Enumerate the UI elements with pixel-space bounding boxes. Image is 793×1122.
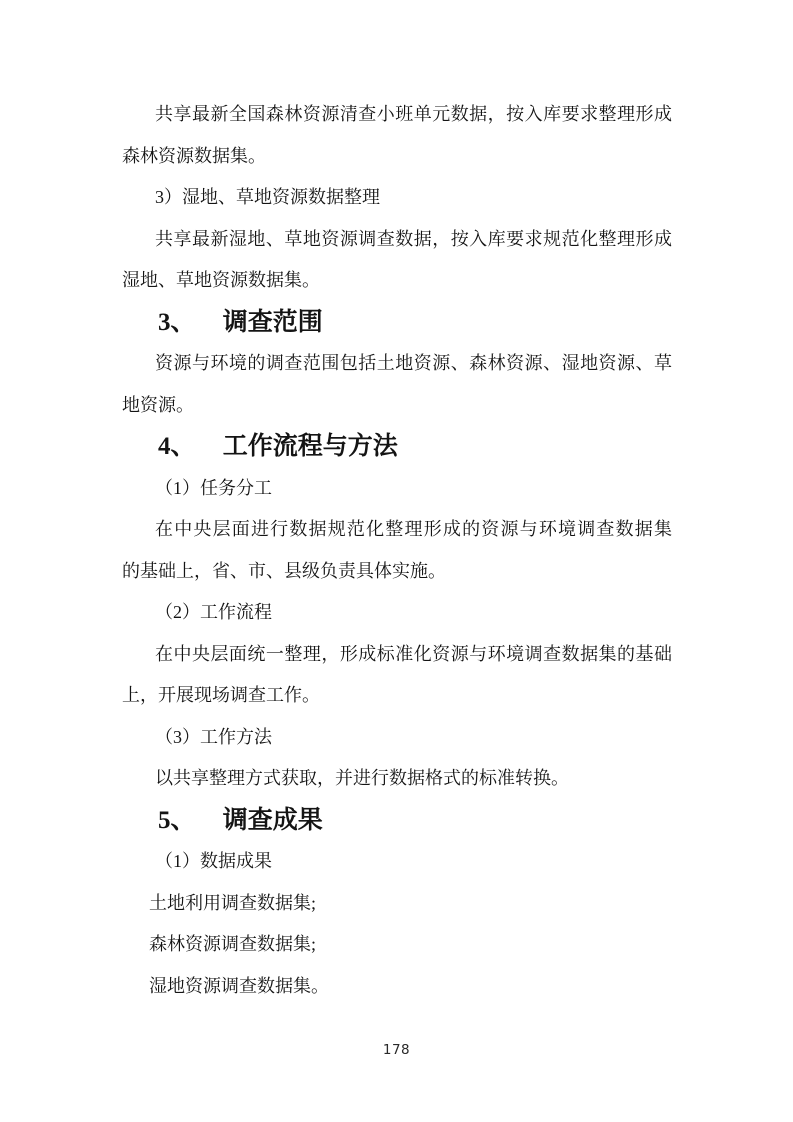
paragraph-line: 在中央层面统一整理，形成标准化资源与环境调查数据集的基础 xyxy=(122,634,672,676)
section-heading-4: 4、 工作流程与方法 xyxy=(122,426,672,468)
paragraph-line: 的基础上，省、市、县级负责具体实施。 xyxy=(122,551,672,593)
heading-number: 5、 xyxy=(158,800,196,842)
list-item: 森林资源调查数据集; xyxy=(122,924,672,966)
section-heading-3: 3、 调查范围 xyxy=(122,302,672,344)
subsection-label: （1）数据成果 xyxy=(122,841,672,883)
paragraph-line: 共享最新全国森林资源清查小班单元数据，按入库要求整理形成 xyxy=(122,94,672,136)
paragraph-line: 资源与环境的调查范围包括土地资源、森林资源、湿地资源、草 xyxy=(122,343,672,385)
list-item: 湿地资源调查数据集。 xyxy=(122,966,672,1008)
subsection-label: （3）工作方法 xyxy=(122,717,672,759)
document-page: 共享最新全国森林资源清查小班单元数据，按入库要求整理形成 森林资源数据集。 3）… xyxy=(0,0,793,1122)
paragraph-line: 湿地、草地资源数据集。 xyxy=(122,260,672,302)
paragraph-line: 共享最新湿地、草地资源调查数据，按入库要求规范化整理形成 xyxy=(122,219,672,261)
page-number: 178 xyxy=(0,1040,793,1060)
section-heading-5: 5、 调查成果 xyxy=(122,800,672,842)
paragraph-line: 在中央层面进行数据规范化整理形成的资源与环境调查数据集 xyxy=(122,509,672,551)
heading-title: 调查成果 xyxy=(223,800,323,842)
paragraph-line: 地资源。 xyxy=(122,385,672,427)
list-item-heading: 3）湿地、草地资源数据整理 xyxy=(122,177,672,219)
heading-title: 工作流程与方法 xyxy=(223,426,398,468)
subsection-label: （1）任务分工 xyxy=(122,468,672,510)
paragraph-line: 以共享整理方式获取，并进行数据格式的标准转换。 xyxy=(122,758,672,800)
list-item: 土地利用调查数据集; xyxy=(122,883,672,925)
paragraph-line: 上，开展现场调查工作。 xyxy=(122,675,672,717)
document-content: 共享最新全国森林资源清查小班单元数据，按入库要求整理形成 森林资源数据集。 3）… xyxy=(122,94,672,1007)
paragraph-line: 森林资源数据集。 xyxy=(122,136,672,178)
heading-title: 调查范围 xyxy=(223,302,323,344)
heading-number: 3、 xyxy=(158,302,196,344)
heading-number: 4、 xyxy=(158,426,196,468)
subsection-label: （2）工作流程 xyxy=(122,592,672,634)
